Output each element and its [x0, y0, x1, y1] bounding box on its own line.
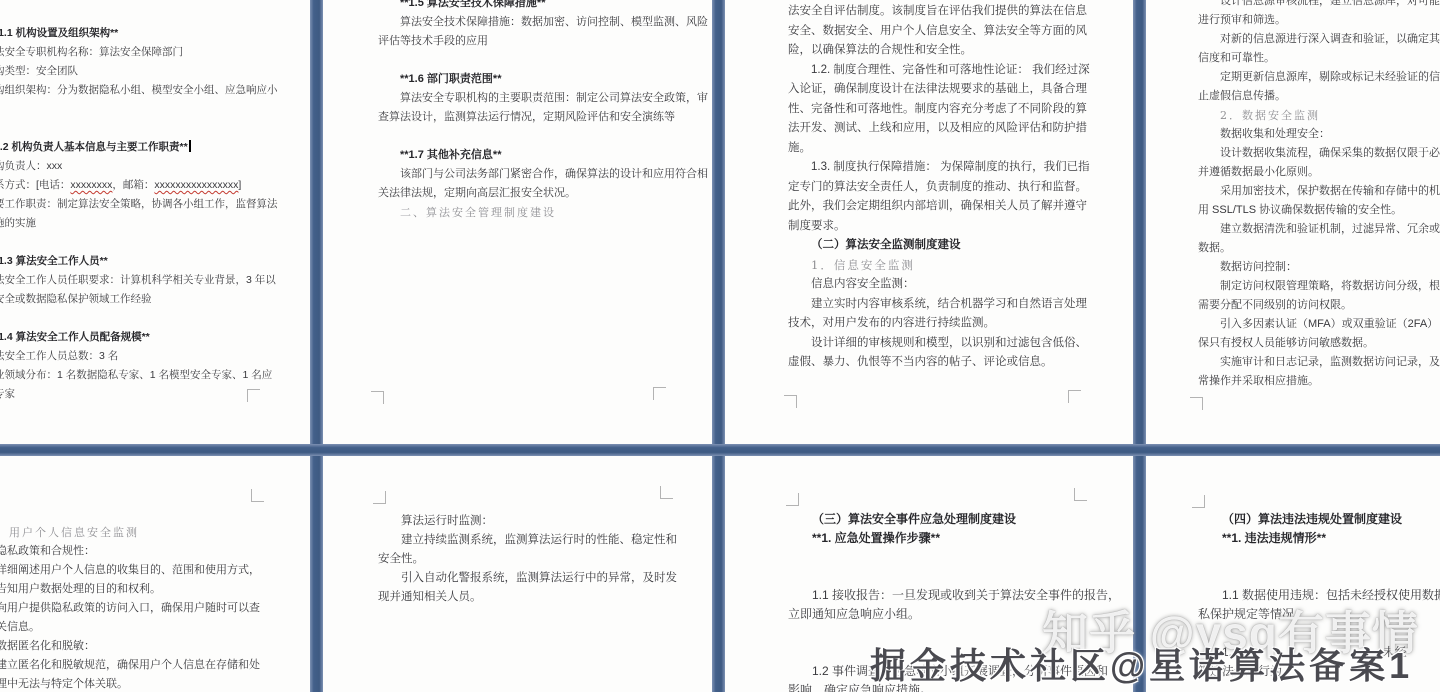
text-line: 现并通知相关人员。 — [378, 588, 712, 607]
text-line — [378, 51, 712, 70]
text-line: 此外，我们会定期组织内部培训，确保相关人员了解并遵守 — [788, 197, 1133, 217]
text-line: 法安全专职机构名称：算法安全保障部门 — [0, 43, 310, 62]
page-2-text: **1.5 算法安全技术保障措施** 算法安全技术保障措施：数据加密、访问控制、… — [323, 0, 712, 222]
text-line: 算法安全技术保障措施：数据加密、访问控制、模型监测、风险 — [378, 13, 712, 32]
text-line: 数据访问控制： — [1198, 258, 1440, 277]
text-line: **1.5 算法安全技术保障措施** — [378, 0, 712, 13]
text-line: 数据匿名化和脱敏： — [0, 637, 310, 656]
text-line: ．用户个人信息安全监测 — [0, 523, 310, 542]
text-line: 该部门与公司法务部门紧密合作，确保算法的设计和应用符合相 — [378, 165, 712, 184]
text-line: 1.3. 制度执行保障措施： 为保障制度的执行，我们已指 — [788, 158, 1133, 178]
text-line: 定期更新信息源库，剔除或标记未经验证的信 — [1198, 68, 1440, 87]
text-line: *1.3 算法安全工作人员** — [0, 252, 310, 271]
text-line: 法安全工作人员任职要求：计算机科学相关专业背景，3 年以 — [0, 271, 310, 290]
text-line: 性、完备性和可落地性。制度内容充分考虑了不同阶段的算 — [788, 100, 1133, 120]
text-line: 并遵循数据最小化原则。 — [1198, 163, 1440, 182]
text-line: 告知用户数据处理的目的和权利。 — [0, 580, 310, 599]
page-4-text: 设计信息源审核流程，建立信息源库，对可能 进行预审和筛选。 对新的信息源进行深入… — [1146, 0, 1440, 391]
text-line: 查算法设计，监测算法运行情况，定期风险评估和安全演练等 — [378, 108, 712, 127]
text-line: 关法律法规，定期向高层汇报安全状况。 — [378, 184, 712, 203]
corner-mark — [660, 486, 673, 499]
corner-mark — [786, 493, 799, 506]
page-gap-divider-vertical-2 — [712, 0, 725, 692]
page-3[interactable]: 法安全自评估制度。该制度旨在评估我们提供的算法在信息 安全、数据安全、用户个人信… — [725, 0, 1133, 444]
text-line: 设计数据收集流程，确保采集的数据仅限于必 — [1198, 144, 1440, 163]
corner-mark — [784, 395, 797, 408]
text-line: 对新的信息源进行深入调查和验证，以确定其 — [1198, 30, 1440, 49]
text-line: 建立持续监测系统，监测算法运行时的性能、稳定性和 — [378, 531, 712, 550]
text-line: 关信息。 — [0, 618, 310, 637]
text-line: 数据。 — [1198, 239, 1440, 258]
page-3-text: 法安全自评估制度。该制度旨在评估我们提供的算法在信息 安全、数据安全、用户个人信… — [725, 2, 1133, 373]
text-line: 保只有授权人员能够访问敏感数据。 — [1198, 334, 1440, 353]
corner-mark — [371, 391, 384, 404]
text-line: 设计详细的审核规则和模型，以识别和过滤包含低俗、 — [788, 334, 1133, 354]
page-gap-divider-horizontal — [0, 444, 1440, 456]
text-line: 1.2. 制度合理性、完备性和可落地性论证： 我们经过深 — [788, 61, 1133, 81]
spellcheck-underlined-text: xxxxxxxx — [70, 179, 112, 191]
corner-mark — [653, 387, 666, 400]
text-line: 设计信息源审核流程，建立信息源库，对可能 — [1198, 0, 1440, 11]
text-line: 用 SSL/TLS 协议确保数据传输的安全性。 — [1198, 201, 1440, 220]
text-line — [0, 100, 310, 119]
text-line: （二）算法安全监测制度建设 — [788, 236, 1133, 256]
text-line: 安全、数据安全、用户个人信息安全、算法安全等方面的风 — [788, 22, 1133, 42]
text-line: 建立实时内容审核系统，结合机器学习和自然语言处理 — [788, 295, 1133, 315]
text-line: 入论证，确保制度设计在法律法规要求的基础上，具备合理 — [788, 80, 1133, 100]
text-line: 险，以确保算法的合规性和安全性。 — [788, 41, 1133, 61]
text-line: 理中无法与特定个体关联。 — [0, 675, 310, 692]
page-1-text: *1.1 机构设置及组织架构** 法安全专职机构名称：算法安全保障部门 构类型：… — [0, 24, 310, 404]
text-line: 制定访问权限管理策略，将数据访问分级，根 — [1198, 277, 1440, 296]
text-line: 系方式：[电话：xxxxxxxx，邮箱：xxxxxxxxxxxxxxxx] — [0, 176, 310, 195]
text-line: **1. 应急处置操作步骤** — [788, 529, 1133, 548]
text-line: 止虚假信息传播。 — [1198, 87, 1440, 106]
spellcheck-underlined-text: xxxxxxxxxxxxxxxx — [154, 179, 238, 191]
text-line — [0, 309, 310, 328]
page-4[interactable]: 设计信息源审核流程，建立信息源库，对可能 进行预审和筛选。 对新的信息源进行深入… — [1146, 0, 1440, 444]
text-line: （四）算法违法违规处置制度建设 — [1198, 510, 1440, 529]
corner-mark — [1192, 495, 1205, 508]
text-line: *1.1 机构设置及组织架构** — [0, 24, 310, 43]
text-line: **1. 违法违规情形** — [1198, 529, 1440, 548]
corner-mark — [1190, 397, 1203, 410]
text-line: 专家 — [0, 385, 310, 404]
text-line: 构组织架构：分为数据隐私小组、模型安全小组、应急响应小 — [0, 81, 310, 100]
text-line: 1.2 机构负责人基本信息与主要工作职责** — [0, 138, 310, 157]
text-line: 安全性。 — [378, 550, 712, 569]
text-line: 算法安全专职机构的主要职责范围：制定公司算法安全政策，审 — [378, 89, 712, 108]
text-line: 建立匿名化和脱敏规范，确保用户个人信息在存储和处 — [0, 656, 310, 675]
text-line: 施。 — [788, 139, 1133, 159]
text-line: 信息内容安全监测： — [788, 275, 1133, 295]
text-line: 法安全工作人员总数：3 名 — [0, 347, 310, 366]
text-line: *1.4 算法安全工作人员配备规模** — [0, 328, 310, 347]
text-line — [788, 548, 1133, 567]
text-line — [0, 233, 310, 252]
text-line: 建立数据清洗和验证机制，过滤异常、冗余或 — [1198, 220, 1440, 239]
text-line — [0, 119, 310, 138]
page-1[interactable]: *1.1 机构设置及组织架构** 法安全专职机构名称：算法安全保障部门 构类型：… — [0, 0, 310, 444]
text-line: 虚假、暴力、仇恨等不当内容的帖子、评论或信息。 — [788, 353, 1133, 373]
corner-mark — [373, 491, 386, 504]
text-line: 施的实施 — [0, 214, 310, 233]
text-line: 制度要求。 — [788, 217, 1133, 237]
text-line: 二、算法安全管理制度建设 — [378, 203, 712, 222]
page-2[interactable]: **1.5 算法安全技术保障措施** 算法安全技术保障措施：数据加密、访问控制、… — [323, 0, 712, 444]
text-line: 实施审计和日志记录，监测数据访问记录，及 — [1198, 353, 1440, 372]
text-line: 定专门的算法安全责任人，负责制度的推动、执行和监督。 — [788, 178, 1133, 198]
text-line: 引入多因素认证（MFA）或双重验证（2FA） — [1198, 315, 1440, 334]
text-line: **1.6 部门职责范围** — [378, 70, 712, 89]
page-gap-divider-vertical-3 — [1133, 0, 1146, 692]
corner-mark — [1068, 390, 1081, 403]
text-line: 需要分配不同级别的访问权限。 — [1198, 296, 1440, 315]
text-line: 业领域分布：1 名数据隐私专家、1 名模型安全专家、1 名应 — [0, 366, 310, 385]
corner-mark — [247, 389, 260, 402]
text-line: 数据收集和处理安全： — [1198, 125, 1440, 144]
text-line: 算法运行时监测： — [378, 512, 712, 531]
text-line: 构负责人：xxx — [0, 157, 310, 176]
text-line: 1．信息安全监测 — [788, 256, 1133, 276]
text-line — [378, 127, 712, 146]
document-multipage-view: *1.1 机构设置及组织架构** 法安全专职机构名称：算法安全保障部门 构类型：… — [0, 0, 1440, 692]
text-line: 评估等技术手段的应用 — [378, 32, 712, 51]
text-line: 构类型：安全团队 — [0, 62, 310, 81]
text-line: 法安全自评估制度。该制度旨在评估我们提供的算法在信息 — [788, 2, 1133, 22]
page-gap-divider-vertical-1 — [310, 0, 323, 692]
text-line: 法开发、测试、上线和应用，以及相应的风险评估和防护措 — [788, 119, 1133, 139]
text-line: 安全或数据隐私保护领域工作经验 — [0, 290, 310, 309]
text-line: 进行预审和筛选。 — [1198, 11, 1440, 30]
text-line: 2．数据安全监测 — [1198, 106, 1440, 125]
text-line: 向用户提供隐私政策的访问入口，确保用户随时可以查 — [0, 599, 310, 618]
text-line — [1198, 548, 1440, 567]
corner-mark — [251, 489, 264, 502]
text-line — [788, 567, 1133, 586]
text-line — [1198, 567, 1440, 586]
text-line: **1.7 其他补充信息** — [378, 146, 712, 165]
text-line: 信度和可靠性。 — [1198, 49, 1440, 68]
text-line: 要工作职责：制定算法安全策略，协调各小组工作，监督算法 — [0, 195, 310, 214]
page-5-text: ．用户个人信息安全监测 隐私政策和合规性： 详细阐述用户个人信息的收集目的、范围… — [0, 523, 310, 692]
text-line: 详细阐述用户个人信息的收集目的、范围和使用方式， — [0, 561, 310, 580]
text-line: 常操作并采取相应措施。 — [1198, 372, 1440, 391]
juejin-watermark: 掘金技术社区@星诺算法备案1 — [870, 638, 1413, 689]
text-line: 技术，对用户发布的内容进行持续监测。 — [788, 314, 1133, 334]
page-6-text: 算法运行时监测： 建立持续监测系统，监测算法运行时的性能、稳定性和 安全性。 引… — [323, 512, 712, 607]
corner-mark — [1074, 488, 1087, 501]
text-line: 隐私政策和合规性： — [0, 542, 310, 561]
text-line: 采用加密技术，保护数据在传输和存储中的机 — [1198, 182, 1440, 201]
text-line: 引入自动化警报系统，监测算法运行中的异常，及时发 — [378, 569, 712, 588]
text-line: （三）算法安全事件应急处理制度建设 — [788, 510, 1133, 529]
